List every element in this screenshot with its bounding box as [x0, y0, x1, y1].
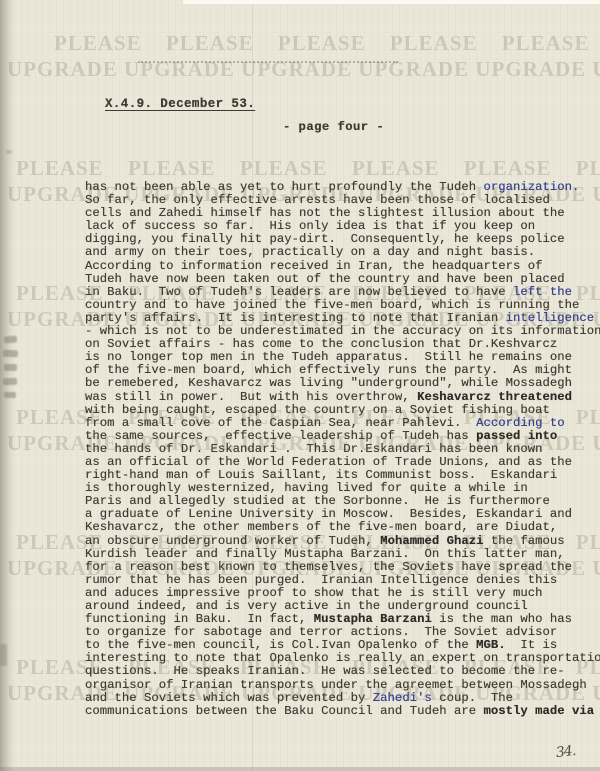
text-line: and army on their toes, practically on a… — [85, 246, 600, 259]
text-line: communications between the Baku Council … — [85, 705, 600, 718]
doc-reference: X.4.9. December 53. — [105, 97, 255, 111]
scan-edge-bottom — [0, 767, 600, 771]
scan-edge-left — [0, 0, 15, 771]
text-line: questions. He speaks Iranian. He was sel… — [85, 665, 600, 678]
page-label: - page four - — [283, 120, 384, 134]
text-line: an obscure underground worker of Tudeh, … — [85, 535, 600, 548]
text-line: rumor that he has been purged. Iranian I… — [85, 574, 600, 587]
text-line: Kurdish leader and finally Mustapha Barz… — [85, 548, 600, 561]
text-line: in Baku. Two of Tudeh's leaders are now … — [85, 286, 600, 299]
text-line: Keshavarcz, the other members of the fiv… — [85, 521, 600, 534]
document-body: has not been able as yet to hurt profoun… — [85, 181, 600, 718]
text-line: organisor of Iranian transports under th… — [85, 679, 600, 692]
scan-edge-top — [183, 0, 600, 4]
scanned-document-page: PLEASE PLEASE PLEASE PLEASE PLEASE PLEAS… — [0, 0, 600, 771]
text-line: the same sources, effective leadership o… — [85, 430, 600, 443]
text-line: for a reason best known to themselves, t… — [85, 561, 600, 574]
page-number-handwritten: 34. — [555, 743, 576, 761]
text-line: the hands of Dr. Eskandari . This Dr.Esk… — [85, 443, 600, 456]
text-line: was still in power. But with his overthr… — [85, 391, 600, 404]
text-line: According to information received in Ira… — [85, 260, 600, 273]
perforation-dots — [138, 61, 398, 63]
